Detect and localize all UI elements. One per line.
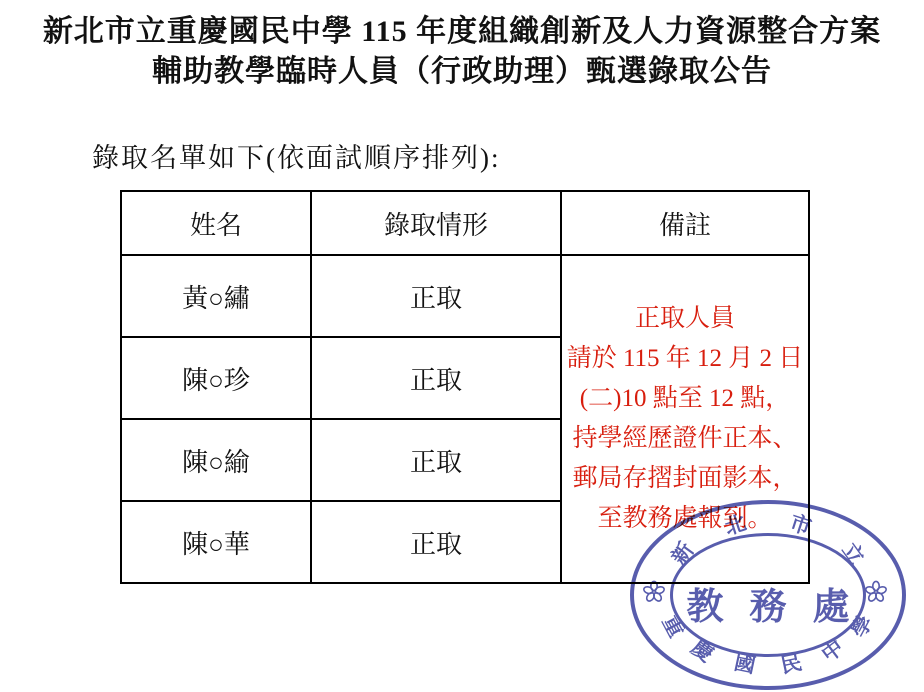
title-line-1: 新北市立重慶國民中學 115 年度組織創新及人力資源整合方案	[0, 12, 924, 52]
remark-line: 郵局存摺封面影本，	[562, 459, 808, 499]
intro-text: 錄取名單如下(依面試順序排列):	[92, 136, 500, 175]
cell-status: 正取	[311, 501, 561, 583]
cell-status: 正取	[311, 419, 561, 501]
header-remark: 備註	[561, 191, 809, 255]
page-title: 新北市立重慶國民中學 115 年度組織創新及人力資源整合方案 輔助教學臨時人員（…	[0, 12, 924, 92]
remark-line: 持學經歷證件正本、	[562, 419, 808, 459]
table-row: 黃○繡 正取 正取人員 請於 115 年 12 月 2 日 (二)10 點至 1…	[121, 255, 809, 337]
remark-line: (二)10 點至 12 點，	[562, 379, 808, 419]
cell-name: 黃○繡	[121, 255, 311, 337]
title-line-2: 輔助教學臨時人員（行政助理）甄選錄取公告	[0, 52, 924, 92]
table-header-row: 姓名 錄取情形 備註	[121, 191, 809, 255]
cell-status: 正取	[311, 337, 561, 419]
remark-line: 正取人員	[562, 299, 808, 339]
plum-blossom-icon	[642, 580, 666, 604]
cell-name: 陳○華	[121, 501, 311, 583]
header-name: 姓名	[121, 191, 311, 255]
plum-blossom-icon	[864, 580, 888, 604]
announcement-page: 新北市立重慶國民中學 115 年度組織創新及人力資源整合方案 輔助教學臨時人員（…	[0, 0, 924, 692]
header-status: 錄取情形	[311, 191, 561, 255]
office-seal: 新 北 市 立 教務處 重 慶 國 民 中 學	[630, 500, 906, 690]
cell-status: 正取	[311, 255, 561, 337]
remark-line: 請於 115 年 12 月 2 日	[562, 339, 808, 379]
cell-name: 陳○珍	[121, 337, 311, 419]
cell-name: 陳○緰	[121, 419, 311, 501]
